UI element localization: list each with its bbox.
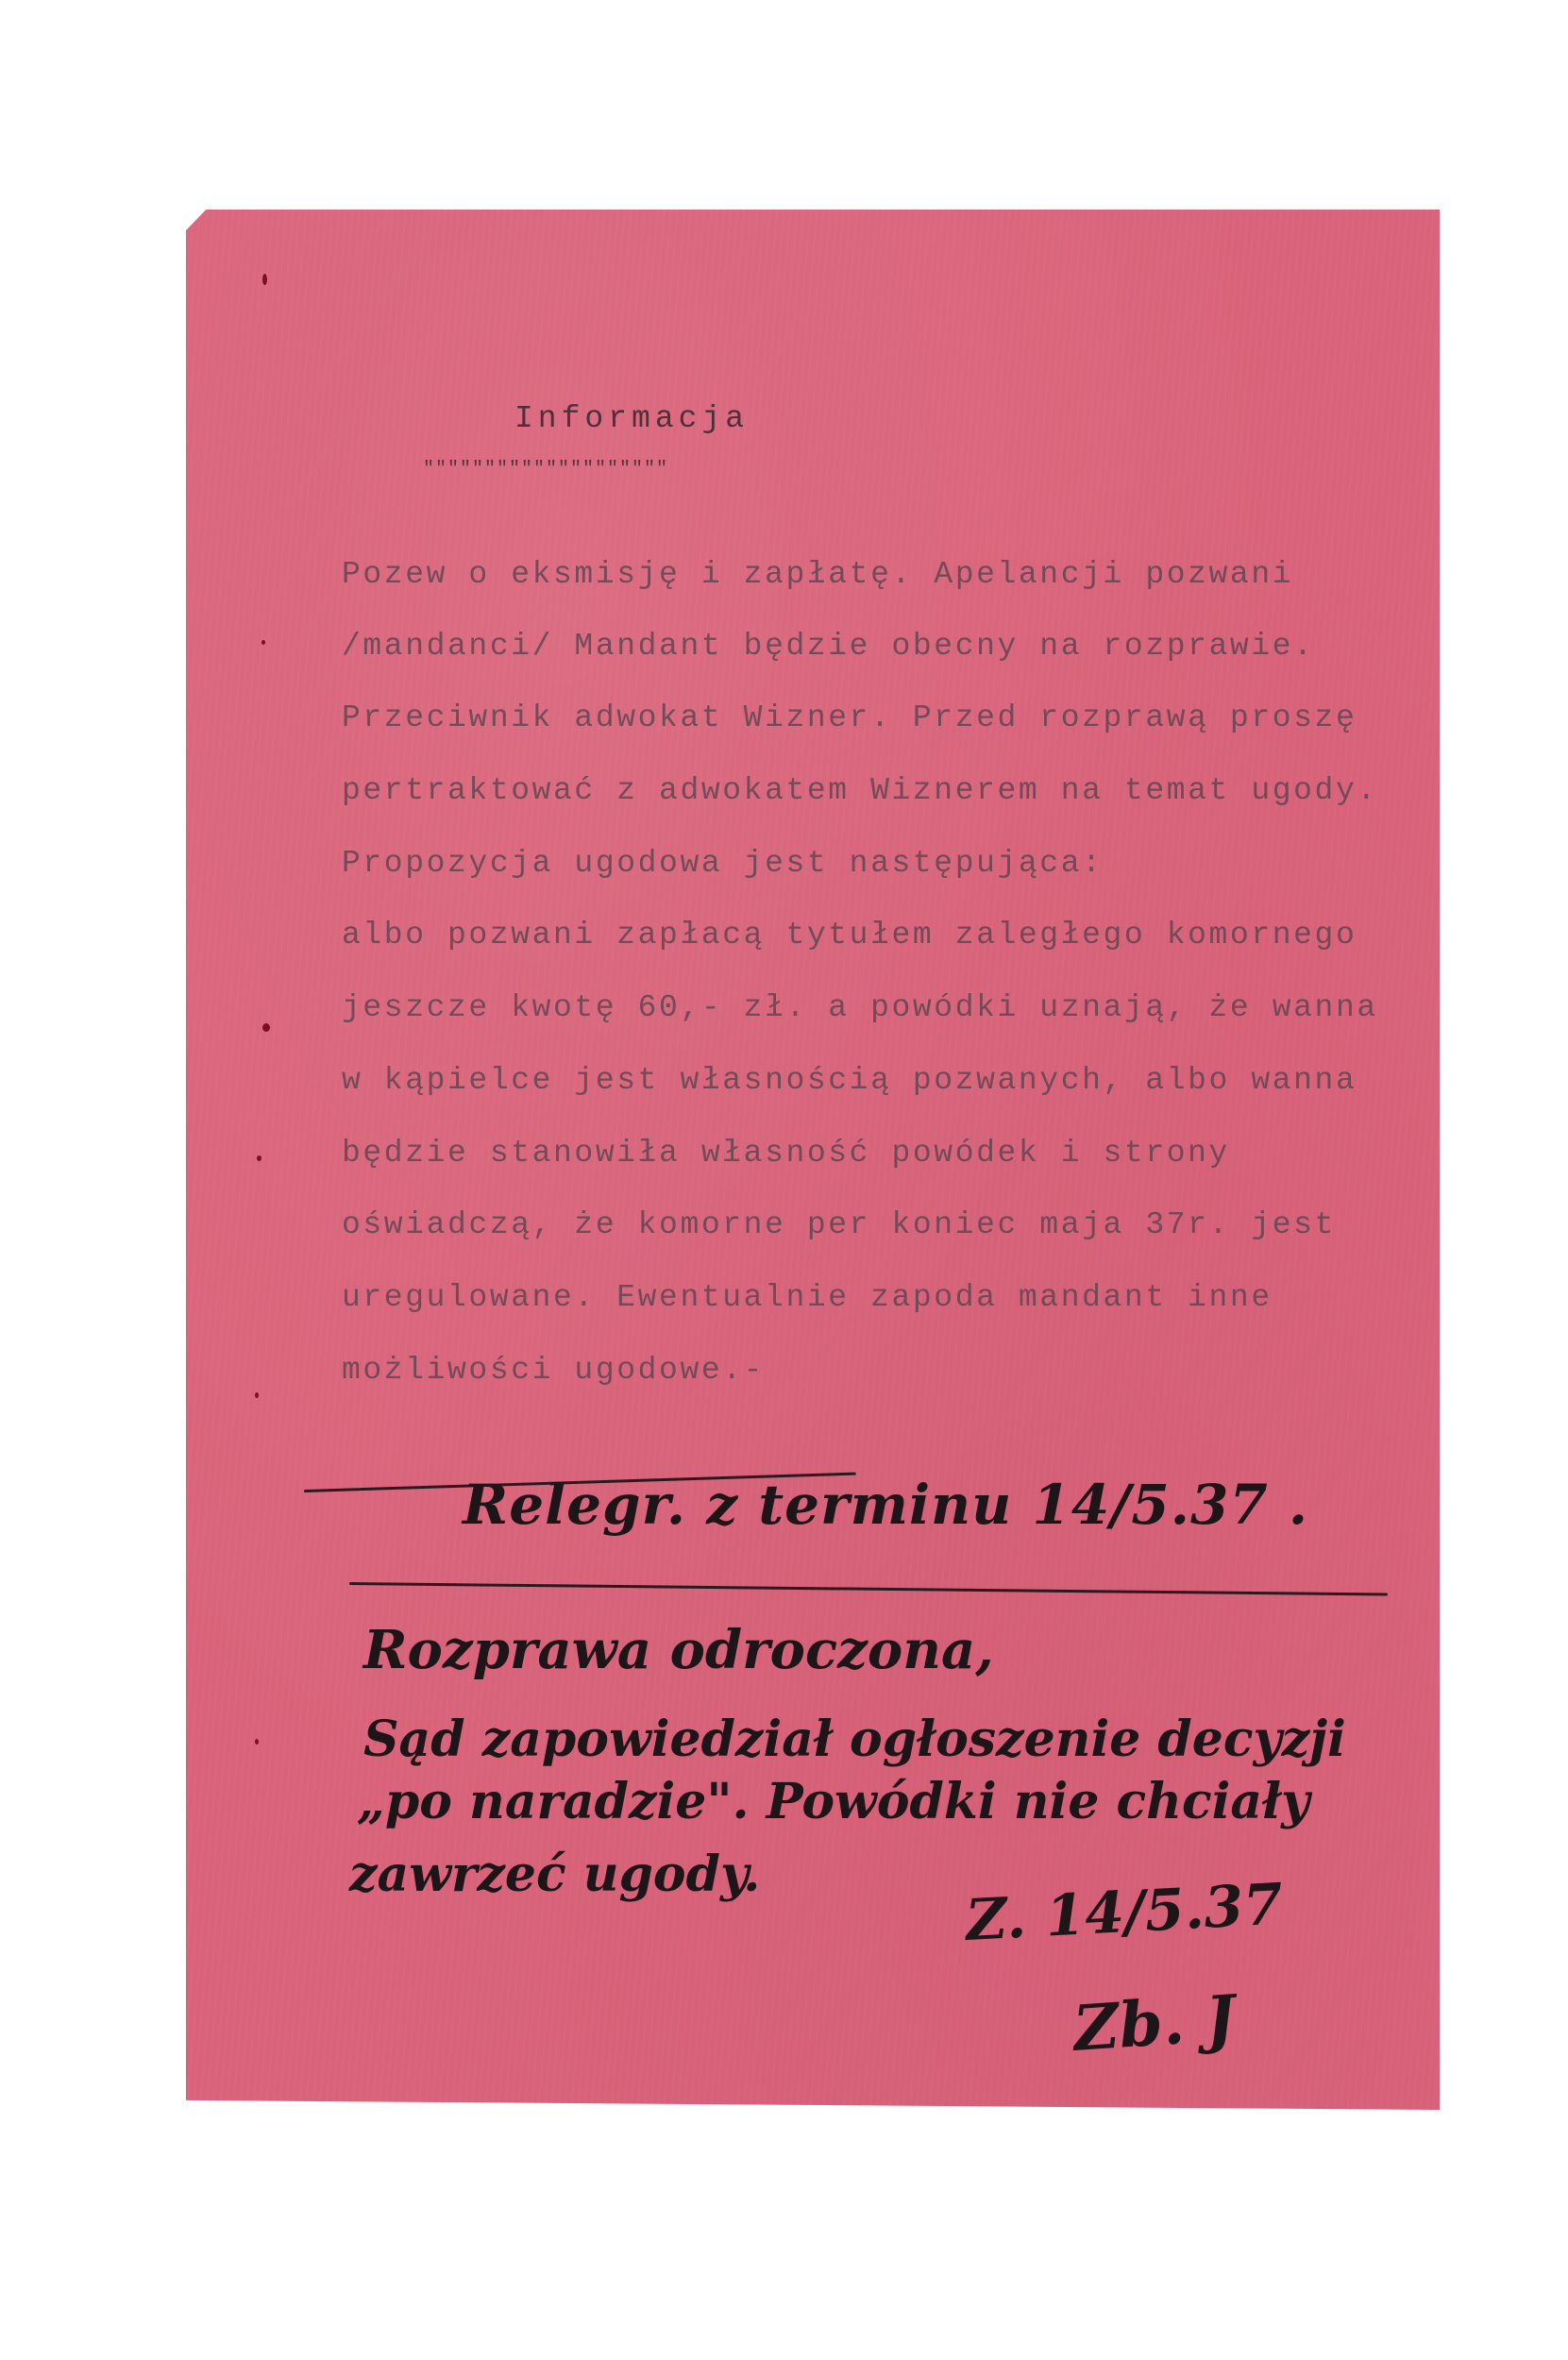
typed-line: jeszcze kwotę 60,- zł. a powódki uznają,… xyxy=(342,990,1378,1025)
typed-line: albo pozwani zapłacą tytułem zaległego k… xyxy=(342,918,1357,952)
typed-line: uregulowane. Ewentualnie zapoda mandant … xyxy=(342,1280,1273,1315)
handwritten-heading: Relegr. z terminu 14/5.37 . xyxy=(463,1473,1308,1537)
title-underline: """""""""""""""""""" xyxy=(423,459,668,480)
typed-line: oświadczą, że komorne per koniec maja 37… xyxy=(342,1207,1336,1242)
document-title: Informacja xyxy=(514,401,749,436)
typed-line: możliwości ugodowe.- xyxy=(342,1353,765,1388)
binding-hole-mark xyxy=(257,1155,261,1161)
handwritten-line: „po naradzie". Powódki nie chciały xyxy=(357,1773,1309,1830)
binding-hole-mark xyxy=(261,640,265,645)
typed-line: Przeciwnik adwokat Wizner. Przed rozpraw… xyxy=(342,700,1357,735)
binding-hole-mark xyxy=(255,1392,259,1398)
handwritten-line: Rozprawa odroczona, xyxy=(363,1619,994,1681)
handwritten-line: Sąd zapowiedział ogłoszenie decyzji xyxy=(363,1711,1346,1768)
typed-line: /mandanci/ Mandant będzie obecny na rozp… xyxy=(342,629,1315,664)
typed-line: Pozew o eksmisję i zapłatę. Apelancji po… xyxy=(342,557,1293,592)
handwritten-signature: Zb. J xyxy=(1071,1981,1239,2065)
binding-hole-mark xyxy=(262,274,267,285)
typed-line: w kąpielce jest własnością pozwanych, al… xyxy=(342,1063,1357,1098)
typed-line: Propozycja ugodowa jest następująca: xyxy=(342,846,1104,881)
binding-hole-mark xyxy=(262,1023,270,1032)
binding-hole-mark xyxy=(255,1739,259,1745)
handwritten-line: zawrzeć ugody. xyxy=(349,1846,760,1903)
typed-line: pertraktować z adwokatem Wiznerem na tem… xyxy=(342,773,1378,808)
typed-line: będzie stanowiła własność powódek i stro… xyxy=(342,1136,1230,1171)
